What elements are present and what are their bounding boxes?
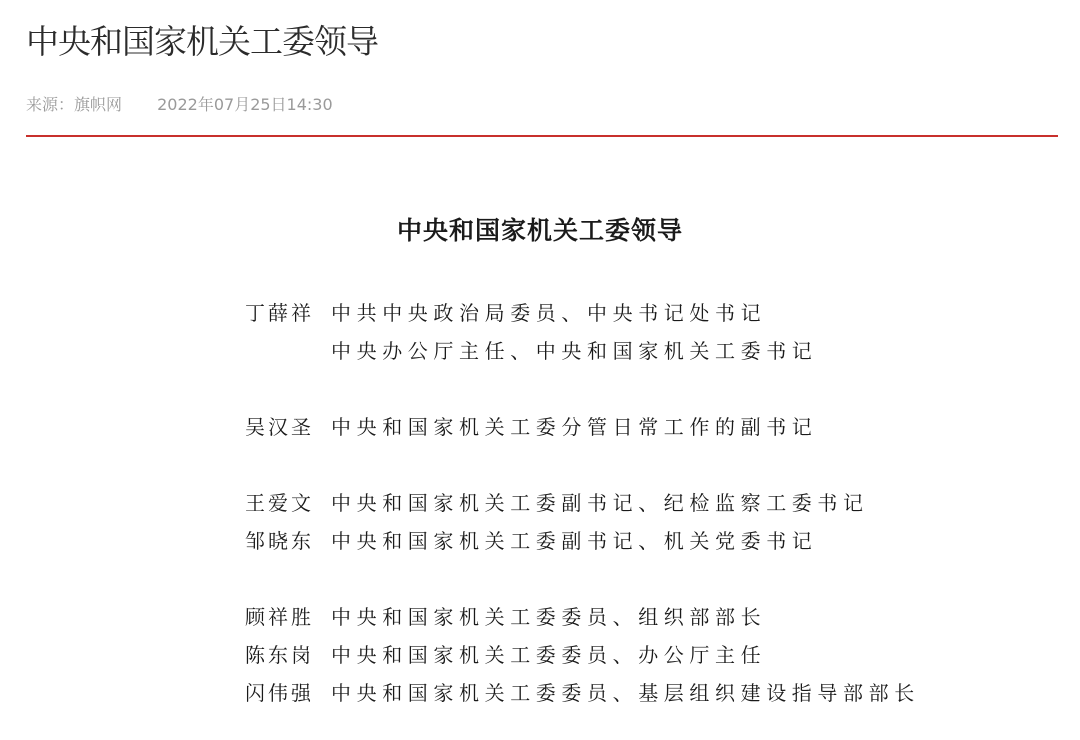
leader-item: 王爱文 中央和国家机关工委副书记、纪检监察工委书记: [245, 484, 920, 522]
leader-name: 闪伟强: [245, 674, 331, 712]
leader-role: 中央和国家机关工委副书记、纪检监察工委书记: [331, 484, 869, 522]
leader-name: 王爱文: [245, 484, 331, 522]
leader-roles: 中央和国家机关工委委员、办公厅主任: [331, 636, 766, 674]
leader-role: 中央和国家机关工委副书记、机关党委书记: [331, 522, 817, 560]
header-divider: [26, 135, 1058, 137]
leader-role: 中央办公厅主任、中央和国家机关工委书记: [331, 332, 817, 370]
leader-name: 邹晓东: [245, 522, 331, 560]
page-title: 中央和国家机关工委领导: [26, 20, 378, 64]
leader-item: 陈东岗 中央和国家机关工委委员、办公厅主任: [245, 636, 920, 674]
leader-roles: 中共中央政治局委员、中央书记处书记 中央办公厅主任、中央和国家机关工委书记: [331, 294, 817, 370]
leader-role: 中央和国家机关工委委员、基层组织建设指导部部长: [331, 674, 920, 712]
leader-item: 丁薛祥 中共中央政治局委员、中央书记处书记 中央办公厅主任、中央和国家机关工委书…: [245, 294, 920, 370]
leader-role: 中央和国家机关工委委员、办公厅主任: [331, 636, 766, 674]
leader-role: 中央和国家机关工委分管日常工作的副书记: [331, 408, 817, 446]
article-source: 来源：旗帜网: [26, 95, 122, 114]
leader-roles: 中央和国家机关工委委员、组织部部长: [331, 598, 766, 636]
leader-name: 丁薛祥: [245, 294, 331, 332]
leader-roles: 中央和国家机关工委委员、基层组织建设指导部部长: [331, 674, 920, 712]
leader-roles: 中央和国家机关工委分管日常工作的副书记: [331, 408, 817, 446]
leader-roles: 中央和国家机关工委副书记、机关党委书记: [331, 522, 817, 560]
leader-item: 邹晓东 中央和国家机关工委副书记、机关党委书记: [245, 522, 920, 560]
leader-role: 中央和国家机关工委委员、组织部部长: [331, 598, 766, 636]
article-content-image: 中央和国家机关工委领导 丁薛祥 中共中央政治局委员、中央书记处书记 中央办公厅主…: [0, 150, 1080, 740]
article-meta: 来源：旗帜网 2022年07月25日14:30: [26, 93, 333, 117]
leader-item: 吴汉圣 中央和国家机关工委分管日常工作的副书记: [245, 408, 920, 446]
leader-roles: 中央和国家机关工委副书记、纪检监察工委书记: [331, 484, 869, 522]
leader-name: 吴汉圣: [245, 408, 331, 446]
article-datetime: 2022年07月25日14:30: [157, 95, 333, 114]
leader-item: 闪伟强 中央和国家机关工委委员、基层组织建设指导部部长: [245, 674, 920, 712]
leader-role: 中共中央政治局委员、中央书记处书记: [331, 294, 817, 332]
leader-list: 丁薛祥 中共中央政治局委员、中央书记处书记 中央办公厅主任、中央和国家机关工委书…: [245, 294, 920, 712]
document-title: 中央和国家机关工委领导: [0, 214, 1080, 248]
leader-name: 陈东岗: [245, 636, 331, 674]
leader-item: 顾祥胜 中央和国家机关工委委员、组织部部长: [245, 598, 920, 636]
leader-name: 顾祥胜: [245, 598, 331, 636]
